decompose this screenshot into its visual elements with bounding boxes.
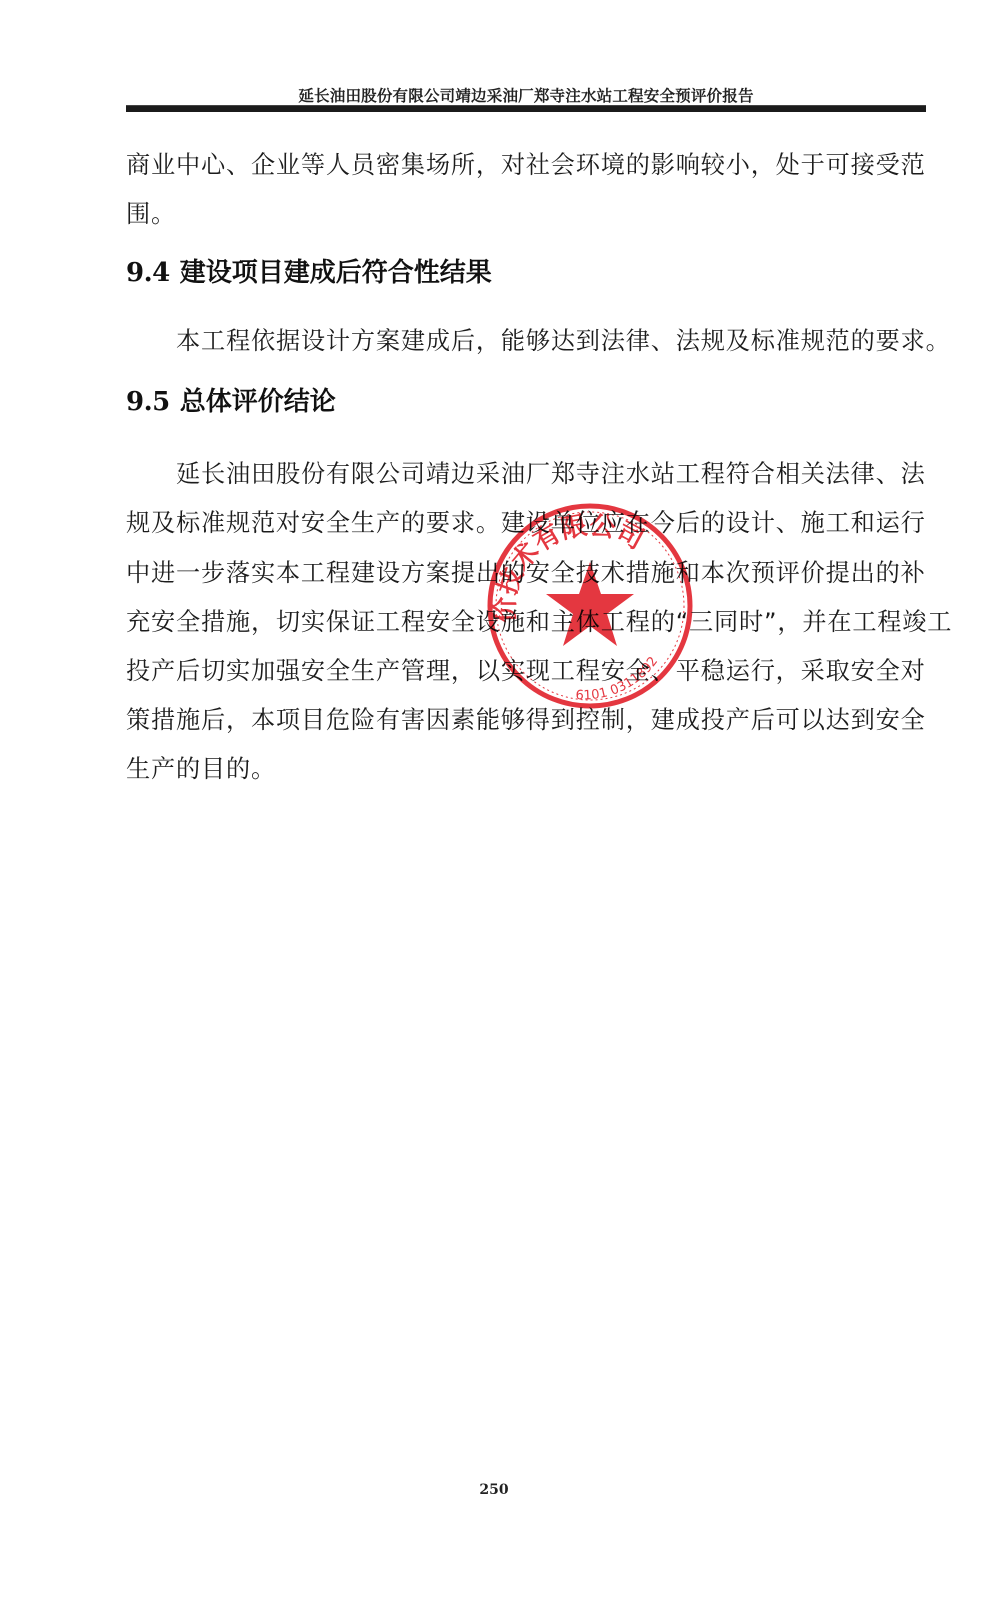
section-title: 建设项目建成后符合性结果	[180, 258, 492, 288]
section-number: 9.5	[126, 387, 170, 417]
section-number: 9.4	[126, 258, 170, 288]
body-line: 延长油田股份有限公司靖边采油厂郑寺注水站工程符合相关法律、法	[176, 459, 926, 489]
section-heading-9-4: 9.4建设项目建成后符合性结果	[126, 257, 492, 289]
header-rule	[126, 105, 926, 112]
body-line: 本工程依据设计方案建成后，能够达到法律、法规及标准规范的要求。	[176, 326, 926, 356]
body-line: 策措施后，本项目危险有害因素能够得到控制，建成投产后可以达到安全	[126, 705, 926, 735]
body-line: 生产的目的。	[126, 754, 926, 784]
running-header: 延长油田股份有限公司靖边采油厂郑寺注水站工程安全预评价报告	[126, 84, 926, 106]
body-line: 商业中心、企业等人员密集场所，对社会环境的影响较小，处于可接受范	[126, 150, 926, 180]
page-number: 250	[0, 1482, 988, 1498]
section-title: 总体评价结论	[180, 387, 336, 417]
document-page: 延长油田股份有限公司靖边采油厂郑寺注水站工程安全预评价报告 商业中心、企业等人员…	[0, 0, 988, 1600]
body-line: 投产后切实加强安全生产管理，以实现工程安全、平稳运行，采取安全对	[126, 656, 926, 686]
body-line: 规及标准规范对安全生产的要求。建设单位应在今后的设计、施工和运行	[126, 508, 926, 538]
body-line: 中进一步落实本工程建设方案提出的安全技术措施和本次预评价提出的补	[126, 558, 926, 588]
body-line: 围。	[126, 199, 926, 229]
body-line: 充安全措施，切实保证工程安全设施和主体工程的“三同时”，并在工程竣工	[126, 607, 926, 637]
section-heading-9-5: 9.5总体评价结论	[126, 386, 336, 418]
